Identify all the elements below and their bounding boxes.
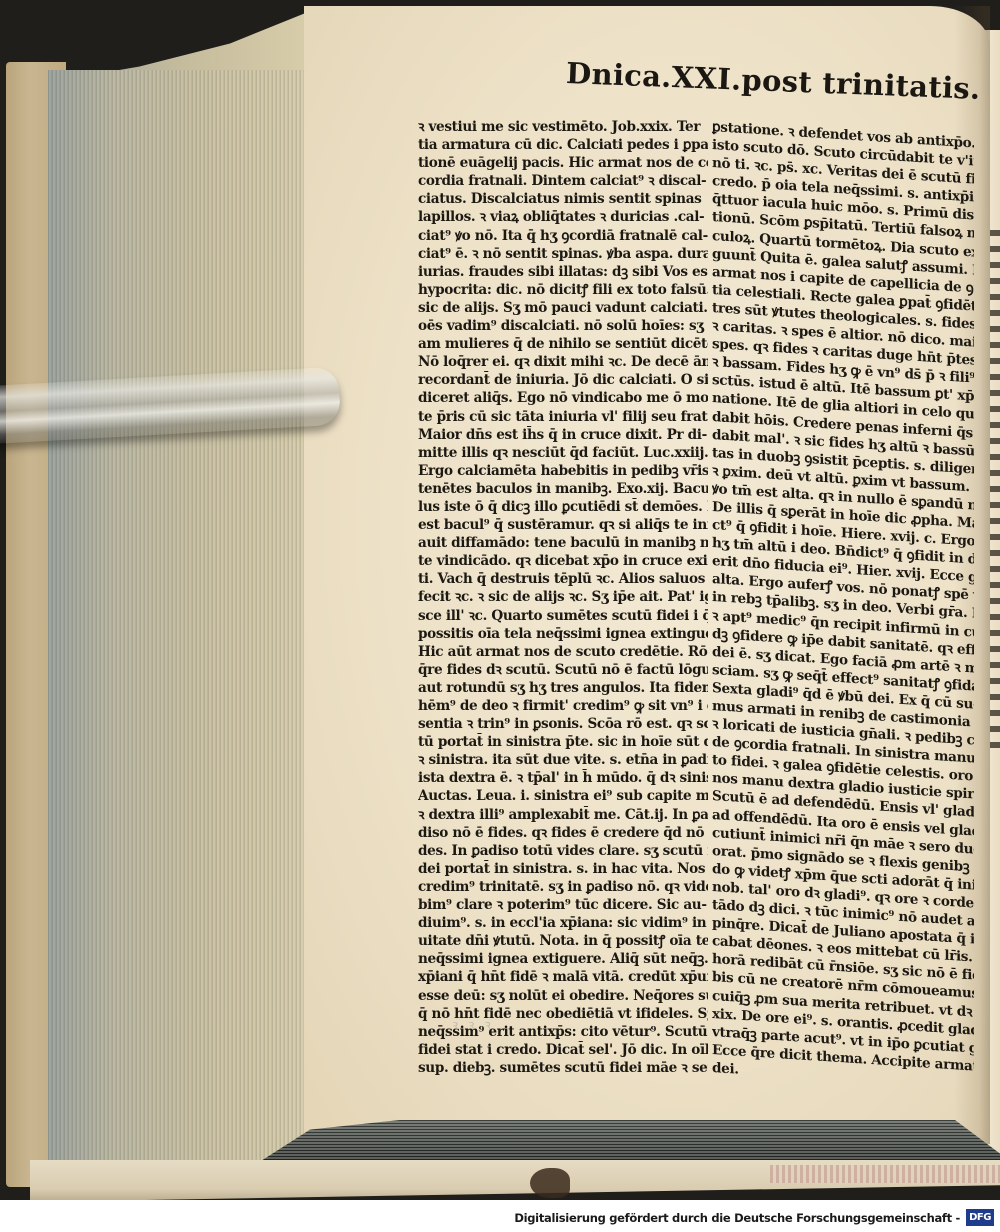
text-line: sce ill' ꝛc. Quarto sumētes scutū fidei … [418, 607, 708, 625]
next-page-text-fragment [990, 230, 1000, 750]
funding-credit: Digitalisierung gefördert durch die Deut… [514, 1211, 960, 1225]
text-line: te p̄ris cū sic tāta iniuria vl' filij s… [418, 408, 708, 426]
text-column-left: ꝛ vestiui me sic vestimēto. Job.xxix. Te… [418, 118, 708, 1077]
text-line: te vindicādo. qꝛ dicebat xp̄o in cruce e… [418, 552, 708, 570]
text-line: diceret aliq̄s. Ego nō vindicabo me ō mo… [418, 389, 708, 407]
text-line: am mulieres q̄ de nihilo se sentiūt dicē… [418, 335, 708, 353]
text-line: Hic aūt armat nos de scuto credētie. Rō [418, 643, 708, 661]
text-line: lapillos. ꝛ viaꝝ obliq̄tates ꝛ duricias … [418, 208, 708, 226]
text-line: ꝛ sinistra. ita sūt due vite. s. etn̄a i… [418, 751, 708, 769]
text-line: Nō loq̄rer ei. qꝛ dixit mihi ꝛc. De decē… [418, 353, 708, 371]
text-line: dei portat̄ in sinistra. s. in hac vita.… [418, 860, 708, 878]
text-line: credim⁹ trinitatē. sʒ in ꝑadiso nō. qꝛ v… [418, 878, 708, 896]
text-line: ciat⁹ ē. ꝛ nō sentit spinas. ꝟba aspa. d… [418, 245, 708, 263]
text-line: tū portat̄ in sinistra p̄te. sic in hoīe… [418, 733, 708, 751]
book-photograph: Dnica.XXI.post trinitatis. ꝛ vestiui me … [0, 0, 1000, 1200]
text-line: uitate dn̄i ꝟtutū. Nota. in q̄ possitꝭ o… [418, 932, 708, 950]
text-line: sic de alijs. Sʒ mō pauci vadunt calciat… [418, 299, 708, 317]
text-line: tia armatura cū dic. Calciati pedes i ꝑp… [418, 136, 708, 154]
text-line: ciatus. Discalciatus nimis sentit spinas [418, 190, 708, 208]
text-line: neq̄ssimi ignea extiguere. Aliq̄ sūt neq… [418, 950, 708, 968]
text-line: auit diffamādo: tene baculū in manibꝫ no… [418, 534, 708, 552]
text-line: Auctas. Leua. i. sinistra ei⁹ sub capite… [418, 787, 708, 805]
text-line: des. In ꝑadiso totū vides clare. sʒ scut… [418, 842, 708, 860]
headband-braid [770, 1165, 1000, 1183]
text-line: oēs vadim⁹ discalciati. nō solū hoīes: s… [418, 317, 708, 335]
text-line: diuim⁹. s. in eccl'ia xp̄iana: sic vidim… [418, 914, 708, 932]
text-line: diso nō ē fides. qꝛ fides ē credere q̄d … [418, 824, 708, 842]
cover-stain [530, 1168, 570, 1198]
text-column-right: ꝑstatione. ꝛ defendet vos ab antixp̄o. D… [712, 118, 974, 1093]
paper-show-through-mark: ꝛ ꝛ ꝛ [452, 1015, 532, 1033]
text-line: ꝛ dextra illi⁹ amplexabit̄ me. Cāt.ij. I… [418, 806, 708, 824]
text-line: iurias. fraudes sibi illatas: dꝫ sibi Vo… [418, 263, 708, 281]
dfg-logo: DFG [966, 1209, 994, 1226]
text-line: tionē euāgelij pacis. Hic armat nos de c… [418, 154, 708, 172]
text-line: fecit ꝛc. ꝛ sic de alijs ꝛc. Sʒ ip̄e ait… [418, 588, 708, 606]
text-line: aut rotundū sʒ hʒ tres angulos. Ita fide… [418, 679, 708, 697]
text-line: q̄re fides dꝛ scutū. Scutū nō ē factū lō… [418, 661, 708, 679]
text-line: lus iste ō q̄ dicꝫ illo ꝑcutiēdi st̄ dem… [418, 498, 708, 516]
text-line: esse deū: sʒ nolūt ei obedire. Neq̄ores … [418, 987, 708, 1005]
text-line: Ergo calciamēta habebitis in pedibꝫ vr̄i… [418, 462, 708, 480]
text-line: hypocrita: dic. nō dicitꝭ fili ex toto f… [418, 281, 708, 299]
text-line: xp̄iani q̄ hn̄t fidē ꝛ malā vitā. credūt… [418, 968, 708, 986]
text-line: ti. Vach q̄ destruis tēplū ꝛc. Alios sal… [418, 570, 708, 588]
text-line: Maior dn̄s est ih̄s q̄ in cruce dixit. P… [418, 426, 708, 444]
text-line: tenētes baculos in manibꝫ. Exo.xij. Bacu [418, 480, 708, 498]
text-line: fidei stat i credo. Dicat̄ sel'. Jō dic.… [418, 1041, 708, 1059]
text-line: sup. diebꝫ. sumētes scutū fidei māe ꝛ se… [418, 1059, 708, 1077]
text-line: ciat⁹ ꝟo nō. Ita q̄ hʒ ꝯcordiā fratnalē … [418, 227, 708, 245]
text-line: possitis oīa tela neq̄ssimi ignea exting… [418, 625, 708, 643]
text-line: recordant̄ de iniuria. Jō dic calciati. … [418, 371, 708, 389]
page-stack-fore-edge [48, 70, 304, 1165]
text-line: est bacul⁹ q̄ sustēramur. qꝛ si aliq̄s t… [418, 516, 708, 534]
text-line: ꝛ vestiui me sic vestimēto. Job.xxix. Te… [418, 118, 708, 136]
text-line: cordia fratnali. Dintem calciat⁹ ꝛ disca… [418, 172, 708, 190]
text-line: ista dextra ē. ꝛ tp̄al' in h̄ mūdo. q̄ d… [418, 769, 708, 787]
text-line: mitte illis qꝛ nesciūt q̄d faciūt. Luc.x… [418, 444, 708, 462]
text-line: hēm⁹ de deo ꝛ firmit' credim⁹ ꝙ sit vn⁹ … [418, 697, 708, 715]
text-line: bim⁹ clare ꝛ poterim⁹ tūc dicere. Sic au… [418, 896, 708, 914]
text-line: sentia ꝛ trin⁹ in ꝑsonis. Scōa rō est. q… [418, 715, 708, 733]
